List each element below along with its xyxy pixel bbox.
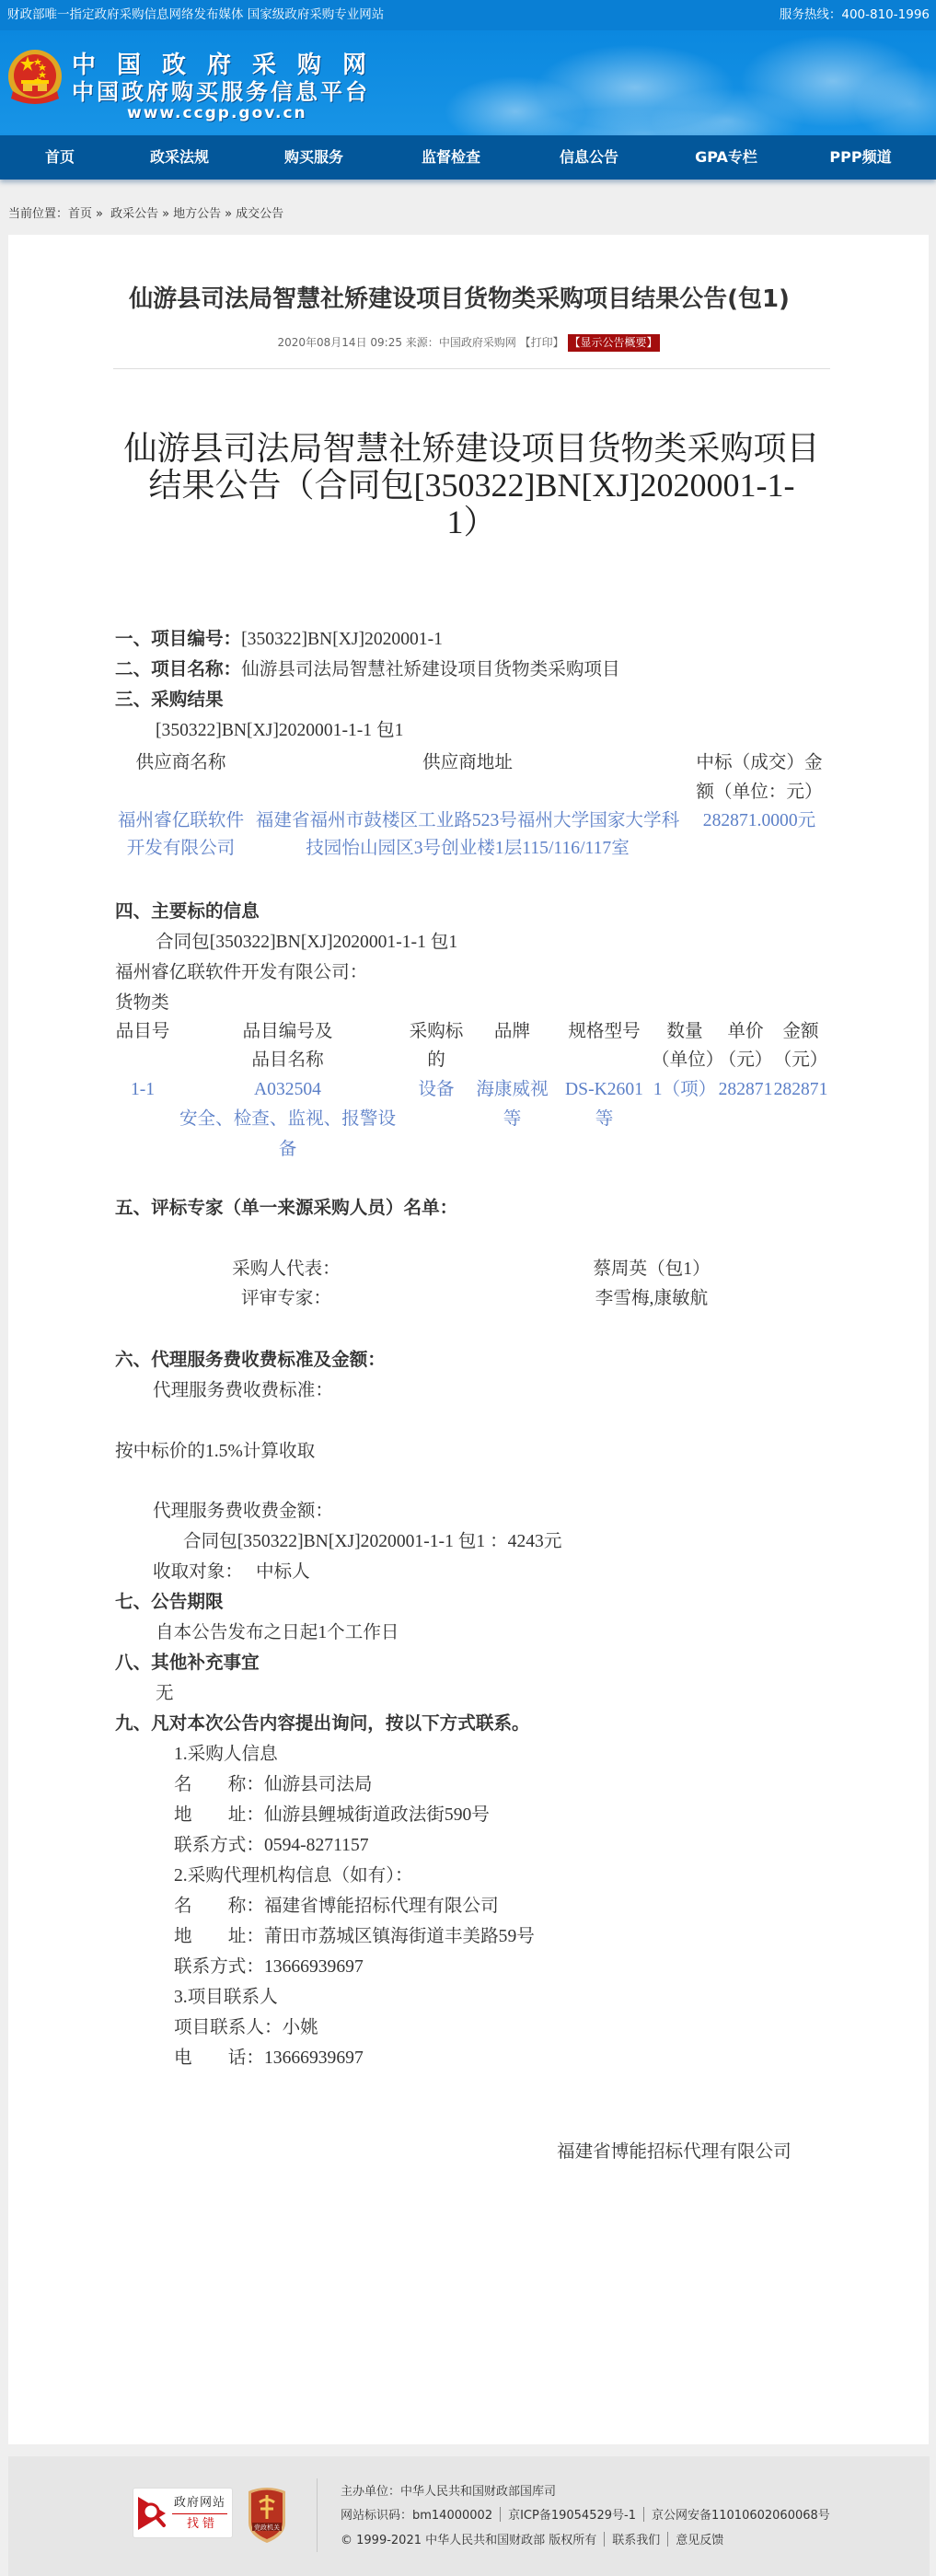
article-title: 仙游县司法局智慧社矫建设项目货物类采购项目结果公告(包1) <box>0 284 919 314</box>
field-label: 地 址： <box>174 1805 264 1825</box>
item-number: 1-1 <box>115 1075 170 1166</box>
fee-standard: 按中标价的1.5%计算收取 <box>115 1436 838 1467</box>
package-id: [350322]BN[XJ]2020001-1-1 包1 <box>115 715 838 746</box>
article-container: 仙游县司法局智慧社矫建设项目货物类采购项目结果公告(包1) 2020年08月14… <box>8 235 929 2444</box>
site-subtitle: 中国政府购买服务信息平台 <box>72 80 370 104</box>
field-label: 地 址： <box>174 1927 264 1946</box>
nav-item-regulations[interactable]: 政采法规 <box>124 135 235 180</box>
field-label: 联系方式： <box>174 1957 264 1977</box>
feedback-link[interactable]: 意见反馈 <box>676 2534 723 2547</box>
source-name: 中国政府采购网 <box>439 336 516 349</box>
site-id: 网站标识码：bm14000002 <box>341 2509 492 2523</box>
section-label: 一、项目编号： <box>115 630 241 649</box>
host-label: 主办单位： <box>341 2485 400 2499</box>
column-header: 采购标的 <box>405 1017 468 1075</box>
find-error-badge[interactable]: 政府网站 找错 <box>133 2488 233 2538</box>
model: DS-K2601等 <box>557 1075 652 1166</box>
section-label: 九、凡对本次公告内容提出询问，按以下方式联系。 <box>115 1714 530 1734</box>
field-label: 联系方式： <box>174 1836 264 1855</box>
agency-title: 2.采购代理机构信息（如有）： <box>115 1861 838 1891</box>
badge-text: 政府网站 <box>174 2496 225 2511</box>
section-heading: 六、代理服务费收费标准及金额： <box>115 1345 838 1375</box>
announcement-heading: 仙游县司法局智慧社矫建设项目货物类采购项目 结果公告（合同包[350322]BN… <box>113 430 830 540</box>
role-names: 李雪梅,康敏航 <box>457 1284 846 1314</box>
amount: 282871 <box>773 1075 828 1166</box>
heading-line: 1） <box>113 504 830 540</box>
contract-package: 合同包[350322]BN[XJ]2020001-1-1 包1 <box>115 927 838 957</box>
column-header: 单价（元） <box>718 1017 773 1075</box>
purchaser-address-line: 地 址：仙游县鲤城街道政法街590号 <box>115 1800 838 1830</box>
section-label: 三、采购结果 <box>115 690 224 710</box>
column-header: 中标（成交）金额（单位：元） <box>688 748 830 807</box>
icp-link[interactable]: 京ICP备19054529号-1 <box>508 2509 636 2523</box>
supplier-name: 福州睿亿联软件开发有限公司 <box>115 807 247 863</box>
project-name-line: 二、项目名称：仙游县司法局智慧社矫建设项目货物类采购项目 <box>115 655 838 685</box>
fee-standard-label: 代理服务费收费标准： <box>115 1375 838 1406</box>
category-label: 货物类 <box>115 988 838 1018</box>
project-contact-person: 小姚 <box>283 2018 318 2037</box>
purchaser-name: 仙游县司法局 <box>264 1775 373 1794</box>
breadcrumb-local-announcements[interactable]: 地方公告 <box>173 207 221 221</box>
field-label: 名 称： <box>174 1897 264 1916</box>
footer-registration-line: 网站标识码：bm14000002京ICP备19054529号-1京公网安备110… <box>341 2507 830 2524</box>
quantity: 1（项） <box>652 1075 718 1166</box>
purchaser-title: 1.采购人信息 <box>115 1739 838 1770</box>
project-number-line: 一、项目编号：[350322]BN[XJ]2020001-1 <box>115 624 838 655</box>
project-number: [350322]BN[XJ]2020001-1 <box>241 630 443 649</box>
project-name: 仙游县司法局智慧社矫建设项目货物类采购项目 <box>241 660 619 679</box>
contact-us-link[interactable]: 联系我们 <box>612 2534 660 2547</box>
item-code-and-name: A032504安全、检查、监视、报警设备 <box>170 1075 405 1166</box>
agency-contact-line: 联系方式：13666939697 <box>115 1952 838 1982</box>
role-label: 采购人代表： <box>115 1255 457 1284</box>
table-row: 采购人代表： 蔡周英（包1） <box>115 1255 846 1284</box>
project-contact-person-line: 项目联系人：小姚 <box>115 2013 838 2043</box>
copyright: © 1999-2021 中华人民共和国财政部 版权所有 <box>341 2534 596 2547</box>
field-label: 电 话： <box>174 2048 264 2068</box>
purchaser-contact: 0594-8271157 <box>264 1836 369 1855</box>
table-header-row: 供应商名称 供应商地址 中标（成交）金额（单位：元） <box>115 748 830 807</box>
main-nav: 首页 政采法规 购买服务 监督检查 信息公告 GPA专栏 PPP频道 <box>0 135 936 180</box>
section-heading: 四、主要标的信息 <box>115 897 838 927</box>
site-banner: 中国政府采购网 中国政府购买服务信息平台 www.ccgp.gov.cn <box>0 30 936 135</box>
table-row: 评审专家： 李雪梅,康敏航 <box>115 1284 846 1314</box>
column-header: 金额（元） <box>773 1017 828 1075</box>
host-name: 中华人民共和国财政部国库司 <box>400 2485 556 2499</box>
show-summary-button[interactable]: 【显示公告概要】 <box>568 334 660 352</box>
badge-text: 找错 <box>187 2517 218 2532</box>
column-header: 供应商名称 <box>115 748 247 807</box>
party-government-badge-icon[interactable]: 党政机关 <box>247 2486 287 2544</box>
award-amount: 282871.0000元 <box>688 807 830 863</box>
site-url: www.ccgp.gov.cn <box>127 104 307 122</box>
column-header: 供应商地址 <box>247 748 688 807</box>
agency-contact: 13666939697 <box>264 1957 364 1977</box>
section-label: 二、项目名称： <box>115 660 241 679</box>
nav-item-announcements[interactable]: 信息公告 <box>534 135 644 180</box>
section-heading: 三、采购结果 <box>115 685 838 715</box>
publish-datetime: 2020年08月14日 09:25 <box>277 336 401 349</box>
signature: 福建省博能招标代理有限公司 <box>115 2137 838 2167</box>
supplier-label: 福州睿亿联软件开发有限公司： <box>115 957 838 988</box>
item-code: A032504 <box>254 1080 321 1099</box>
magnifier-icon <box>138 2497 173 2530</box>
review-experts-table: 采购人代表： 蔡周英（包1） 评审专家： 李雪梅,康敏航 <box>115 1255 846 1314</box>
section-heading: 八、其他补充事宜 <box>115 1648 838 1678</box>
column-header: 规格型号 <box>557 1017 652 1075</box>
role-label: 评审专家： <box>115 1284 457 1314</box>
article-meta: 2020年08月14日 09:25 来源：中国政府采购网 【打印】 【显示公告概… <box>8 333 929 352</box>
field-label: 项目联系人： <box>174 2018 283 2037</box>
purchaser-contact-line: 联系方式：0594-8271157 <box>115 1830 838 1861</box>
column-header: 品目号 <box>115 1017 170 1075</box>
project-contact-title: 3.项目联系人 <box>115 1982 838 2013</box>
brand: 海康威视等 <box>468 1075 557 1166</box>
unit-price: 282871 <box>718 1075 773 1166</box>
site-name: 中国政府采购网 <box>72 52 387 78</box>
site-slogan: 财政部唯一指定政府采购信息网络发布媒体 国家级政府采购专业网站 <box>7 0 384 30</box>
police-record-link[interactable]: 京公网安备11010602060068号 <box>652 2509 830 2523</box>
breadcrumb-deal-announcements[interactable]: 成交公告 <box>236 207 283 221</box>
agency-name-line: 名 称：福建省博能招标代理有限公司 <box>115 1891 838 1921</box>
site-footer: 政府网站 找错 党政机关 主办单位：中华人民共和国财政部国库司 网站标识码：bm… <box>8 2456 930 2576</box>
supplier-result-table: 供应商名称 供应商地址 中标（成交）金额（单位：元） 福州睿亿联软件开发有限公司… <box>115 748 830 863</box>
footer-divider <box>317 2478 318 2552</box>
goods-table: 品目号 品目编号及品目名称 采购标的 品牌 规格型号 数量（单位） 单价（元） … <box>115 1017 828 1166</box>
badge-text: 党政机关 <box>254 2524 280 2532</box>
column-header: 数量（单位） <box>652 1017 718 1075</box>
table-row: 1-1 A032504安全、检查、监视、报警设备 设备 海康威视等 DS-K26… <box>115 1075 828 1166</box>
nav-item-supervision[interactable]: 监督检查 <box>396 135 506 180</box>
section-heading: 五、评标专家（单一来源采购人员）名单： <box>115 1193 838 1224</box>
breadcrumb: 当前位置：首页» 政采公告»地方公告»成交公告 <box>8 205 283 224</box>
other-matters: 无 <box>115 1678 838 1709</box>
column-header-line: 品目编号及 <box>243 1022 333 1041</box>
footer-copyright-line: © 1999-2021 中华人民共和国财政部 版权所有联系我们意见反馈 <box>341 2532 723 2549</box>
table-row: 福州睿亿联软件开发有限公司 福建省福州市鼓楼区工业路523号福州大学国家大学科技… <box>115 807 830 863</box>
project-contact-phone: 13666939697 <box>264 2048 364 2068</box>
section-heading: 七、公告期限 <box>115 1587 838 1618</box>
agency-name: 福建省博能招标代理有限公司 <box>264 1897 499 1916</box>
procurement-subject: 设备 <box>405 1075 468 1166</box>
section-label: 五、评标专家（单一来源采购人员）名单： <box>115 1199 457 1218</box>
heading-line: 结果公告（合同包[350322]BN[XJ]2020001-1- <box>113 467 830 504</box>
field-label: 名 称： <box>174 1775 264 1794</box>
purchaser-address: 仙游县鲤城街道政法街590号 <box>264 1805 490 1825</box>
agency-address-line: 地 址：莆田市荔城区镇海街道丰美路59号 <box>115 1921 838 1952</box>
announcement-period: 自本公告发布之日起1个工作日 <box>115 1618 838 1648</box>
breadcrumb-procurement-announcements[interactable]: 政采公告 <box>110 207 158 221</box>
breadcrumb-prefix: 当前位置： <box>8 207 68 221</box>
nav-item-ppp[interactable]: PPP频道 <box>805 135 916 180</box>
section-label: 四、主要标的信息 <box>115 902 260 922</box>
fee-target: 中标人 <box>256 1562 310 1582</box>
column-header: 品牌 <box>468 1017 557 1075</box>
nav-item-purchase-services[interactable]: 购买服务 <box>259 135 369 180</box>
column-header-line: 品目名称 <box>251 1050 323 1070</box>
heading-line: 仙游县司法局智慧社矫建设项目货物类采购项目 <box>113 430 830 467</box>
breadcrumb-separator: » <box>225 207 232 221</box>
breadcrumb-separator: » <box>162 207 169 221</box>
purchaser-name-line: 名 称：仙游县司法局 <box>115 1770 838 1800</box>
title-divider <box>113 368 830 369</box>
item-name: 安全、检查、监视、报警设备 <box>179 1109 396 1159</box>
section-label: 七、公告期限 <box>115 1593 224 1612</box>
section-label: 六、代理服务费收费标准及金额： <box>115 1351 386 1370</box>
nav-item-home[interactable]: 首页 <box>5 135 115 180</box>
source-label: 来源： <box>406 336 439 349</box>
agency-address: 莆田市荔城区镇海街道丰美路59号 <box>264 1927 535 1946</box>
fee-target-line: 收取对象：中标人 <box>115 1557 838 1587</box>
column-header: 品目编号及品目名称 <box>170 1017 405 1075</box>
announcement-body: 一、项目编号：[350322]BN[XJ]2020001-1 二、项目名称：仙游… <box>115 624 838 2167</box>
table-header-row: 品目号 品目编号及品目名称 采购标的 品牌 规格型号 数量（单位） 单价（元） … <box>115 1017 828 1075</box>
print-link[interactable]: 【打印】 <box>520 336 564 349</box>
nav-item-gpa[interactable]: GPA专栏 <box>671 135 781 180</box>
breadcrumb-separator: » <box>96 207 103 221</box>
national-emblem-icon <box>7 49 63 106</box>
fee-amount-label: 代理服务费收费金额： <box>115 1496 838 1526</box>
role-names: 蔡周英（包1） <box>457 1255 846 1284</box>
top-bar: 财政部唯一指定政府采购信息网络发布媒体 国家级政府采购专业网站 服务热线：400… <box>0 0 936 30</box>
footer-host-line: 主办单位：中华人民共和国财政部国库司 <box>341 2484 556 2501</box>
breadcrumb-home[interactable]: 首页 <box>68 207 92 221</box>
supplier-address: 福建省福州市鼓楼区工业路523号福州大学国家大学科技园怡山园区3号创业楼1层11… <box>247 807 688 863</box>
section-heading: 九、凡对本次公告内容提出询问，按以下方式联系。 <box>115 1709 838 1739</box>
fee-target-label: 收取对象： <box>153 1562 243 1582</box>
fee-amount: 合同包[350322]BN[XJ]2020001-1-1 包1 ：4243元 <box>115 1526 838 1557</box>
project-contact-phone-line: 电 话：13666939697 <box>115 2043 838 2073</box>
service-hotline: 服务热线：400-810-1996 <box>780 0 930 30</box>
section-label: 八、其他补充事宜 <box>115 1654 260 1673</box>
